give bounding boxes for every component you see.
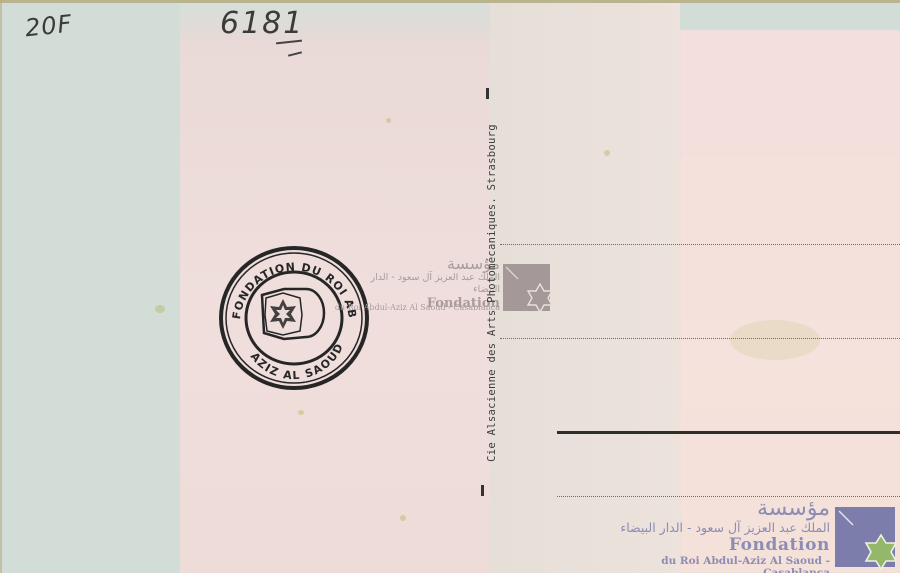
foundation-logo-small (503, 264, 553, 314)
address-line-1 (500, 244, 900, 245)
watermark-french-subtitle: du Roi Abdul-Aziz Al Saoud - Casablanca (330, 303, 500, 313)
watermark-arabic-subtitle: الملك عبد العزيز آل سعود - الدار البيضاء (600, 520, 830, 536)
eight-point-star-arch-icon (262, 289, 324, 339)
foxing-spot (400, 515, 406, 521)
printer-imprint-container: Cie Alsacienne des Arts Photomécaniques.… (487, 88, 497, 498)
foundation-watermark-large: مؤسسة الملك عبد العزيز آل سعود - الدار ا… (600, 498, 830, 573)
foundation-stamp: FONDATION DU ROI ABDUL AZIZ AL SAOUD (218, 245, 370, 391)
foxing-spot (298, 410, 304, 415)
foundation-watermark-small-subtitle: du Roi Abdul-Aziz Al Saoud - Casablanca (330, 303, 500, 313)
watermark-french-subtitle: du Roi Abdul-Aziz Al Saoud - Casablanca (600, 555, 830, 573)
watermark-arabic-title: مؤسسة (360, 256, 500, 272)
imprint-dash (481, 485, 484, 496)
foxing-spot (155, 305, 165, 313)
printer-imprint: Cie Alsacienne des Arts Photomécaniques.… (486, 124, 498, 462)
postcard-back: 20F 6181 FONDATION DU ROI ABDUL AZIZ AL … (0, 0, 900, 573)
address-line-2 (500, 338, 900, 339)
address-line-4 (557, 496, 900, 497)
watermark-arabic-subtitle: الملك عبد العزيز آل سعود - الدار البيضاء (360, 272, 500, 296)
watermark-arabic-title: مؤسسة (600, 498, 830, 520)
handwritten-inventory-number: 6181 (220, 6, 304, 41)
foxing-stain (730, 320, 820, 360)
foxing-spot (604, 150, 610, 156)
watermark-french-title: Fondation (600, 536, 830, 555)
foxing-spot (386, 118, 391, 123)
handwritten-price: 20F (24, 10, 74, 43)
card-top-edge (0, 0, 900, 3)
card-left-edge (0, 0, 2, 573)
address-line-3 (557, 431, 900, 434)
paper-tone-region (680, 30, 900, 573)
foundation-logo-large (835, 507, 897, 571)
